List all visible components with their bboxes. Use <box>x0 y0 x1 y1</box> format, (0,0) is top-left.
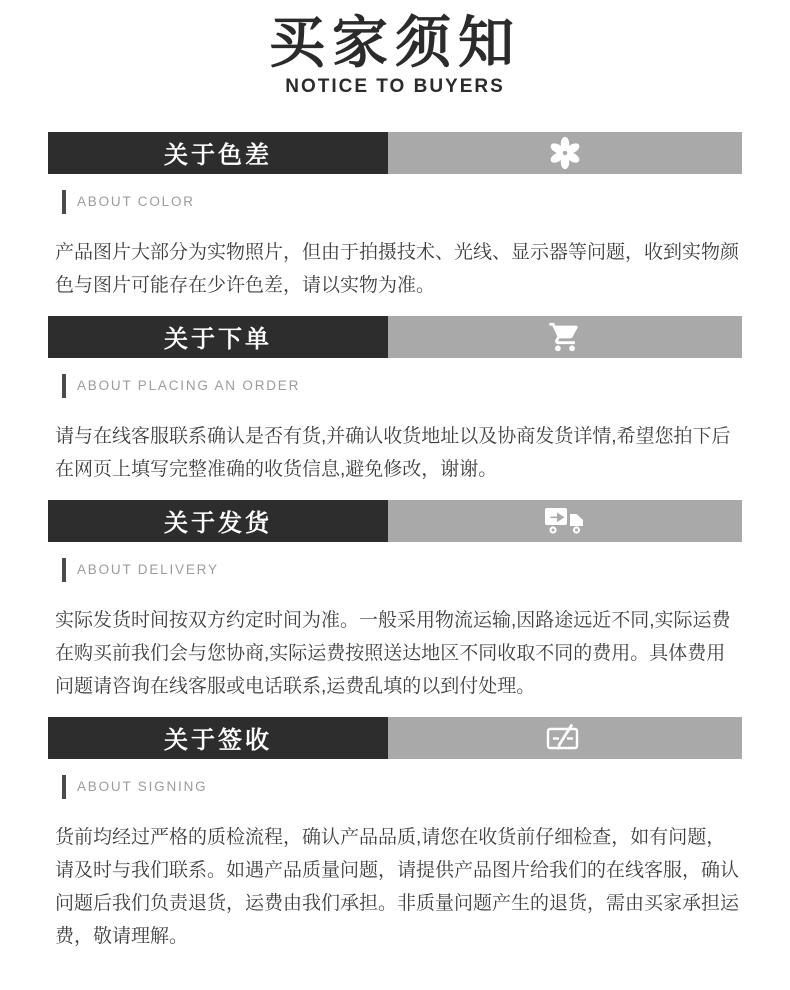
section-body: 产品图片大部分为实物照片，但由于拍摄技术、光线、显示器等问题，收到实物颜色与图片… <box>48 236 742 302</box>
buyer-notice-page: 买家须知 NOTICE TO BUYERS 关于色差 <box>0 0 790 990</box>
section-header-bar: 关于下单 <box>48 316 742 358</box>
section-sublabel: ABOUT DELIVERY <box>48 558 742 582</box>
section-title-label: 关于签收 <box>164 720 272 755</box>
sublabel-text: ABOUT PLACING AN ORDER <box>77 378 300 393</box>
sublabel-tick <box>62 374 66 398</box>
section-icon-area <box>388 316 742 358</box>
section-about-signing: 关于签收 ABOUT SIGNING 货前均经过严格的质检流程，确认产品品质,请… <box>48 717 742 953</box>
section-title-label: 关于发货 <box>164 503 272 538</box>
sublabel-text: ABOUT COLOR <box>77 194 195 209</box>
section-about-delivery: 关于发货 ABOUT DELIVERY <box>48 500 742 703</box>
flower-icon <box>548 136 582 170</box>
sublabel-tick <box>62 558 66 582</box>
section-header-bar: 关于签收 <box>48 717 742 759</box>
section-title: 关于色差 <box>48 132 388 174</box>
section-sublabel: ABOUT SIGNING <box>48 775 742 799</box>
section-title: 关于下单 <box>48 316 388 358</box>
section-icon-area <box>388 500 742 542</box>
section-sublabel: ABOUT PLACING AN ORDER <box>48 374 742 398</box>
section-body: 货前均经过严格的质检流程，确认产品品质,请您在收货前仔细检查，如有问题，请及时与… <box>48 821 742 953</box>
section-header-bar: 关于色差 <box>48 132 742 174</box>
sublabel-tick <box>62 775 66 799</box>
section-header-bar: 关于发货 <box>48 500 742 542</box>
sublabel-text: ABOUT SIGNING <box>77 779 207 794</box>
page-title: 买家须知 <box>48 12 742 74</box>
section-title: 关于签收 <box>48 717 388 759</box>
section-about-order: 关于下单 ABOUT PLACING AN ORDER 请与在线客服联系确认是否… <box>48 316 742 486</box>
section-sublabel: ABOUT COLOR <box>48 190 742 214</box>
truck-icon <box>543 506 587 536</box>
section-icon-area <box>388 717 742 759</box>
sign-icon <box>544 721 586 755</box>
section-icon-area <box>388 132 742 174</box>
section-title: 关于发货 <box>48 500 388 542</box>
sublabel-tick <box>62 190 66 214</box>
section-title-label: 关于下单 <box>164 319 272 354</box>
cart-icon <box>547 320 583 354</box>
sublabel-text: ABOUT DELIVERY <box>77 562 219 577</box>
page-subtitle: NOTICE TO BUYERS <box>48 76 742 98</box>
page-header: 买家须知 NOTICE TO BUYERS <box>48 0 742 98</box>
section-body: 请与在线客服联系确认是否有货,并确认收货地址以及协商发货详情,希望您拍下后在网页… <box>48 420 742 486</box>
section-about-color: 关于色差 <box>48 132 742 302</box>
section-body: 实际发货时间按双方约定时间为准。一般采用物流运输,因路途远近不同,实际运费在购买… <box>48 604 742 703</box>
section-title-label: 关于色差 <box>164 135 272 170</box>
